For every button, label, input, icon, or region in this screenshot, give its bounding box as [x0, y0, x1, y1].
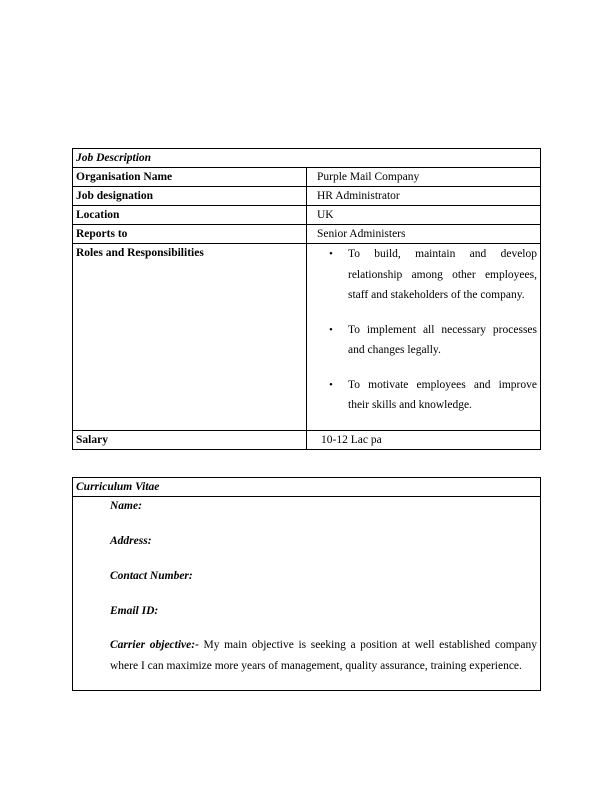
curriculum-vitae-table: Curriculum Vitae Name: Address: Contact … [72, 477, 541, 691]
table-row: Roles and Responsibilities To build, mai… [73, 244, 541, 431]
contact-number-field: Contact Number: [110, 567, 537, 585]
table-row: Job designation HR Administrator [73, 187, 541, 206]
reports-to-label: Reports to [73, 225, 307, 244]
table-row: Reports to Senior Administers [73, 225, 541, 244]
list-item: To motivate employees and improve their … [348, 375, 537, 416]
location-value: UK [307, 206, 541, 225]
job-description-table: Job Description Organisation Name Purple… [72, 148, 541, 450]
organisation-name-label: Organisation Name [73, 168, 307, 187]
address-field: Address: [110, 532, 537, 550]
reports-to-value: Senior Administers [307, 225, 541, 244]
job-designation-label: Job designation [73, 187, 307, 206]
list-item: To build, maintain and develop relations… [348, 244, 537, 306]
roles-list: To build, maintain and develop relations… [310, 244, 537, 416]
roles-cell: To build, maintain and develop relations… [307, 244, 541, 431]
organisation-name-value: Purple Mail Company [307, 168, 541, 187]
roles-label: Roles and Responsibilities [73, 244, 307, 431]
salary-value: 10-12 Lac pa [307, 430, 541, 449]
table-row: Organisation Name Purple Mail Company [73, 168, 541, 187]
email-id-field: Email ID: [110, 602, 537, 620]
table-row: Salary 10-12 Lac pa [73, 430, 541, 449]
job-description-title: Job Description [73, 149, 541, 168]
cv-body: Name: Address: Contact Number: Email ID:… [73, 497, 541, 691]
objective-label: Carrier objective:- [110, 639, 199, 651]
cv-title: Curriculum Vitae [73, 478, 541, 497]
name-field: Name: [110, 497, 537, 515]
list-item: To implement all necessary processes and… [348, 320, 537, 361]
career-objective: Carrier objective:- My main objective is… [110, 635, 537, 676]
table-row: Location UK [73, 206, 541, 225]
job-designation-value: HR Administrator [307, 187, 541, 206]
location-label: Location [73, 206, 307, 225]
salary-label: Salary [73, 430, 307, 449]
